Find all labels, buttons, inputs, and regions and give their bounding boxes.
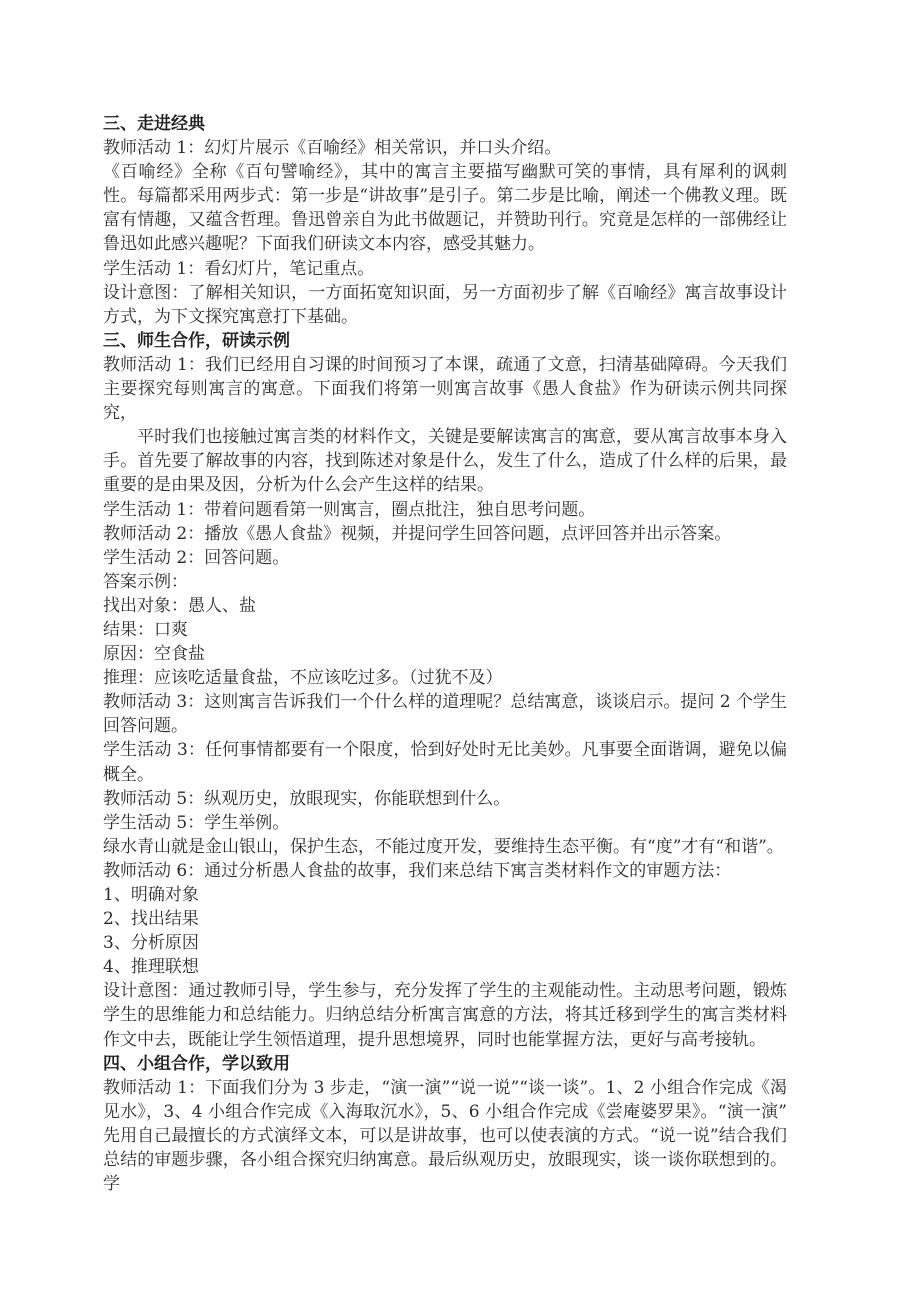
paragraph: 找出对象：愚人、盐 — [103, 594, 787, 618]
paragraph: 学生活动 1：带着问题看第一则寓言，圈点批注，独自思考问题。 — [103, 498, 787, 522]
paragraph: 结果：口爽 — [103, 618, 787, 642]
paragraph: 设计意图：通过教师引导，学生参与，充分发挥了学生的主观能动性。主动思考问题，锻炼… — [103, 979, 787, 1051]
paragraph: 2、找出结果 — [103, 907, 787, 931]
paragraph: 教师活动 1：我们已经用自习课的时间预习了本课，疏通了文意，扫清基础障碍。今天我… — [103, 353, 787, 425]
document-page: 三、走进经典教师活动 1：幻灯片展示《百喻经》相关常识，并口头介绍。《百喻经》全… — [0, 0, 920, 1302]
paragraph: 教师活动 2：播放《愚人食盐》视频，并提问学生回答问题，点评回答并出示答案。 — [103, 522, 787, 546]
paragraph: 教师活动 1：幻灯片展示《百喻经》相关常识，并口头介绍。 — [103, 136, 787, 160]
document-body: 三、走进经典教师活动 1：幻灯片展示《百喻经》相关常识，并口头介绍。《百喻经》全… — [103, 112, 787, 1196]
section-heading: 三、师生合作，研读示例 — [103, 329, 787, 353]
paragraph: 教师活动 6：通过分析愚人食盐的故事，我们来总结下寓言类材料作文的审题方法： — [103, 859, 787, 883]
paragraph: 绿水青山就是金山银山，保护生态，不能过度开发，要维持生态平衡。有“度”才有“和谐… — [103, 835, 787, 859]
paragraph: 学生活动 1：看幻灯片，笔记重点。 — [103, 257, 787, 281]
paragraph: 推理：应该吃适量食盐，不应该吃过多。（过犹不及） — [103, 666, 787, 690]
paragraph: 原因：空食盐 — [103, 642, 787, 666]
paragraph: 1、明确对象 — [103, 883, 787, 907]
paragraph: 教师活动 1：下面我们分为 3 步走，“演一演”“说一说”“谈一谈”。1、2 小… — [103, 1076, 787, 1196]
paragraph: 设计意图：了解相关知识，一方面拓宽知识面，另一方面初步了解《百喻经》寓言故事设计… — [103, 281, 787, 329]
paragraph: 教师活动 3：这则寓言告诉我们一个什么样的道理呢？总结寓意，谈谈启示。提问 2 … — [103, 690, 787, 738]
paragraph: 教师活动 5：纵观历史，放眼现实，你能联想到什么。 — [103, 787, 787, 811]
paragraph: 学生活动 2：回答问题。 — [103, 546, 787, 570]
paragraph: 学生活动 5：学生举例。 — [103, 811, 787, 835]
paragraph: 《百喻经》全称《百句譬喻经》，其中的寓言主要描写幽默可笑的事情，具有犀利的讽刺性… — [103, 160, 787, 256]
paragraph: 答案示例： — [103, 570, 787, 594]
paragraph: 4、推理联想 — [103, 955, 787, 979]
paragraph: 学生活动 3：任何事情都要有一个限度，恰到好处时无比美妙。凡事要全面谐调，避免以… — [103, 738, 787, 786]
section-heading: 三、走进经典 — [103, 112, 787, 136]
paragraph: 平时我们也接触过寓言类的材料作文，关键是要解读寓言的寓意，要从寓言故事本身入手。… — [103, 425, 787, 497]
section-heading: 四、小组合作，学以致用 — [103, 1052, 787, 1076]
paragraph: 3、分析原因 — [103, 931, 787, 955]
